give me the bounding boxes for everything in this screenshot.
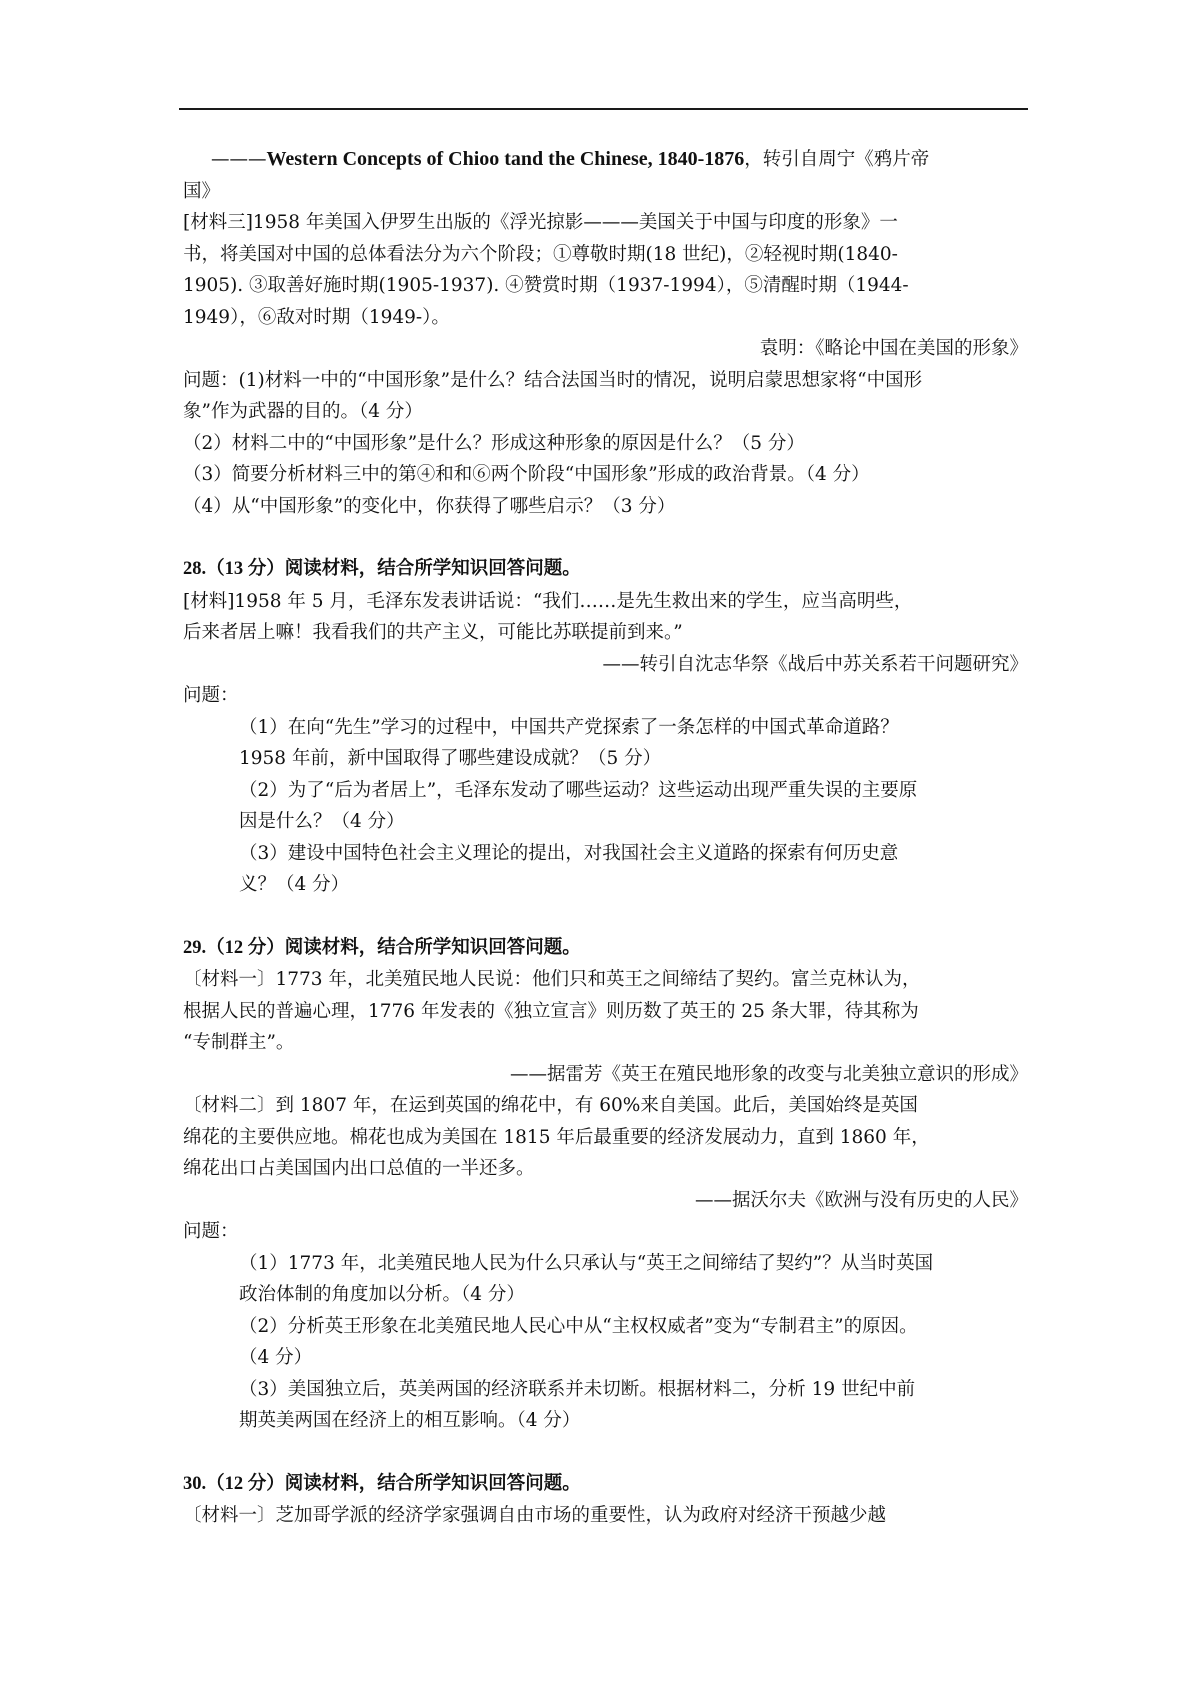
- q27-source-line: ———Western Concepts of Chioo tand the Ch…: [183, 144, 1028, 176]
- question-line: （2）材料二中的“中国形象”是什么？形成这种形象的原因是什么？（5 分）: [183, 428, 1028, 460]
- q29-question-line: （1）1773 年，北美殖民地人民为什么只承认与“英王之间缔结了契约”？从当时英…: [183, 1248, 1028, 1280]
- dash: ———: [211, 149, 267, 170]
- english-citation: Western Concepts of Chioo tand the Chine…: [267, 148, 745, 170]
- q29-material2-source: ——据沃尔夫《欧洲与没有历史的人民》: [183, 1185, 1028, 1217]
- q29-material1-line: “专制群主”。: [183, 1027, 1028, 1059]
- spacer: [183, 522, 1028, 554]
- q28-material-line: 后来者居上嘛！我看我们的共产主义，可能比苏联提前到来。”: [183, 617, 1028, 649]
- q29-question-line: （4 分）: [183, 1342, 1028, 1374]
- material3-source: 袁明：《略论中国在美国的形象》: [183, 333, 1028, 365]
- spacer: [183, 1437, 1028, 1469]
- q29-question-line: 期英美两国在经济上的相互影响。（4 分）: [183, 1405, 1028, 1437]
- q29-material2-line: 绵花出口占美国国内出口总值的一半还多。: [183, 1153, 1028, 1185]
- q29-question-line: （2）分析英王形象在北美殖民地人民心中从“主权权威者”变为“专制君主”的原因。: [183, 1311, 1028, 1343]
- q29-material1-line: 〔材料一〕1773 年，北美殖民地人民说：他们只和英王之间缔结了契约。富兰克林认…: [183, 964, 1028, 996]
- q29-question-line: 政治体制的角度加以分析。（4 分）: [183, 1279, 1028, 1311]
- citation-cn: ，转引自周宁《鸦片帝: [744, 149, 929, 170]
- q29-material2-line: 绵花的主要供应地。棉花也成为美国在 1815 年后最重要的经济发展动力，直到 1…: [183, 1122, 1028, 1154]
- q28-material-line: [材料]1958 年 5 月，毛泽东发表讲话说：“我们……是先生救出来的学生，应…: [183, 586, 1028, 618]
- q27-source-line-2: 国》: [183, 176, 1028, 208]
- q30-material1-line: 〔材料一〕芝加哥学派的经济学家强调自由市场的重要性，认为政府对经济干预越少越: [183, 1500, 1028, 1532]
- material3-line: [材料三]1958 年美国入伊罗生出版的《浮光掠影———美国关于中国与印度的形象…: [183, 207, 1028, 239]
- question-line: （3）简要分析材料三中的第④和和⑥两个阶段“中国形象”形成的政治背景。（4 分）: [183, 459, 1028, 491]
- q28-question-line: 因是什么？（4 分）: [183, 806, 1028, 838]
- question-line: 象”作为武器的目的。（4 分）: [183, 396, 1028, 428]
- spacer: [183, 901, 1028, 933]
- q29-material1-line: 根据人民的普遍心理，1776 年发表的《独立宣言》则历数了英王的 25 条大罪，…: [183, 996, 1028, 1028]
- material3-line: 书，将美国对中国的总体看法分为六个阶段；①尊敬时期(18 世纪)，②轻视时期(1…: [183, 239, 1028, 271]
- q28-questions-label: 问题：: [183, 680, 1028, 712]
- q29-heading: 29.（12 分）阅读材料，结合所学知识回答问题。: [183, 933, 1028, 965]
- question-line: （4）从“中国形象”的变化中，你获得了哪些启示？（3 分）: [183, 491, 1028, 523]
- material3-line: 1905). ③取善好施时期(1905-1937). ④赞赏时期（1937-19…: [183, 270, 1028, 302]
- q29-question-line: （3）美国独立后，英美两国的经济联系并未切断。根据材料二，分析 19 世纪中前: [183, 1374, 1028, 1406]
- exam-page: ———Western Concepts of Chioo tand the Ch…: [183, 144, 1028, 1532]
- q28-question-line: （1）在向“先生”学习的过程中，中国共产党探索了一条怎样的中国式革命道路？: [183, 712, 1028, 744]
- q28-question-line: （2）为了“后为者居上”，毛泽东发动了哪些运动？这些运动出现严重失误的主要原: [183, 775, 1028, 807]
- q29-questions-label: 问题：: [183, 1216, 1028, 1248]
- q29-material1-source: ——据雷芳《英王在殖民地形象的改变与北美独立意识的形成》: [183, 1059, 1028, 1091]
- q28-question-line: 义？（4 分）: [183, 869, 1028, 901]
- q29-material2-line: 〔材料二〕到 1807 年，在运到英国的绵花中，有 60%来自美国。此后，美国始…: [183, 1090, 1028, 1122]
- question-line: 问题：(1)材料一中的“中国形象”是什么？结合法国当时的情况，说明启蒙思想家将“…: [183, 365, 1028, 397]
- q30-heading: 30.（12 分）阅读材料，结合所学知识回答问题。: [183, 1469, 1028, 1501]
- q28-heading: 28.（13 分）阅读材料，结合所学知识回答问题。: [183, 554, 1028, 586]
- q28-source: ——转引自沈志华祭《战后中苏关系若干问题研究》: [183, 649, 1028, 681]
- q28-question-line: 1958 年前，新中国取得了哪些建设成就？（5 分）: [183, 743, 1028, 775]
- header-rule: [179, 108, 1028, 110]
- material3-line: 1949），⑥敌对时期（1949-）。: [183, 302, 1028, 334]
- q28-question-line: （3）建设中国特色社会主义理论的提出，对我国社会主义道路的探索有何历史意: [183, 838, 1028, 870]
